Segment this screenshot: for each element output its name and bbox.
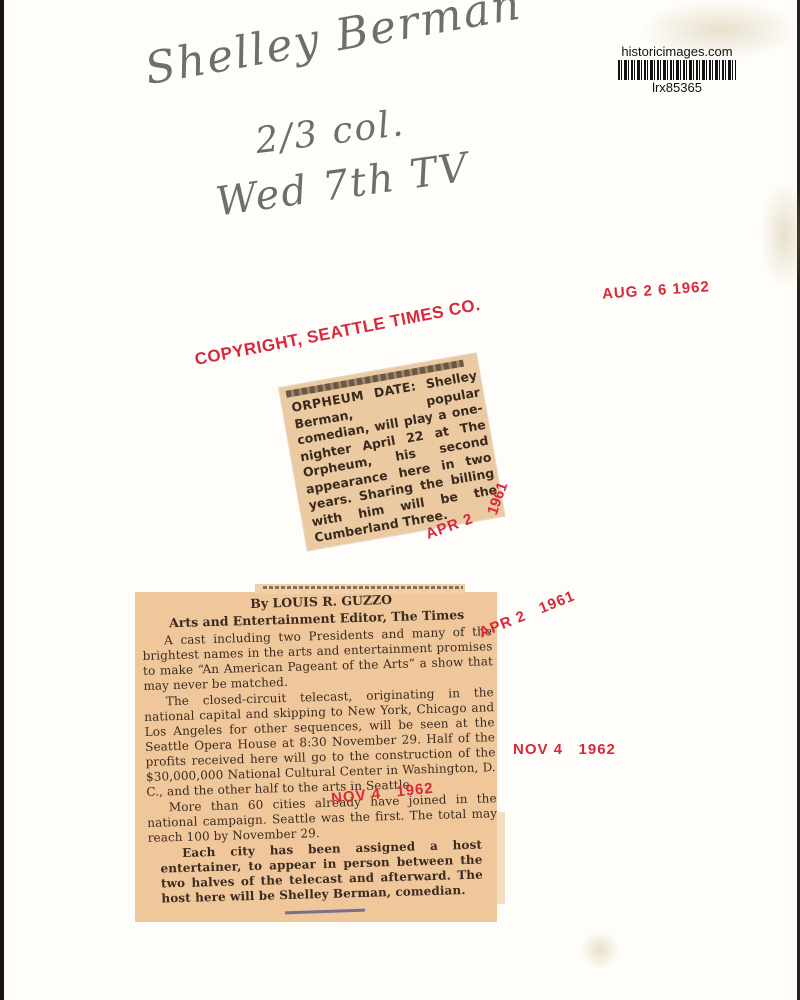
archive-id: lrx85365 [612,80,742,95]
date-stamp-aug-1962: AUG 2 6 1962 [602,278,711,302]
scan-edge-left [0,0,4,1000]
date-stamp-nov-1962: NOV 4 1962 [513,741,616,758]
handwritten-schedule-note: Wed 7th TV [213,144,472,225]
document-page: Shelley Berman 2/3 col. Wed 7th TV histo… [0,0,800,1000]
handwritten-name: Shelley Berman [141,0,525,95]
clipping-pageant-body: By LOUIS R. GUZZO Arts and Entertainment… [141,588,500,908]
article-paragraph: A cast including two Presidents and many… [142,624,494,694]
barcode-icon [618,60,736,80]
newspaper-clipping-pageant: By LOUIS R. GUZZO Arts and Entertainment… [135,592,497,922]
archive-site-name: historicimages.com [612,44,742,59]
archive-label: historicimages.com lrx85365 [612,44,742,95]
handwritten-column-note: 2/3 col. [253,103,407,162]
article-paragraph: The closed-circuit telecast, originating… [144,685,497,800]
paper-stain [580,930,620,970]
clipping-top-strip-text [263,586,463,589]
paper-stain [760,180,800,290]
clipping-ink-mark [285,909,365,915]
article-paragraph-bold: Each city has been assigned a host enter… [160,838,484,907]
